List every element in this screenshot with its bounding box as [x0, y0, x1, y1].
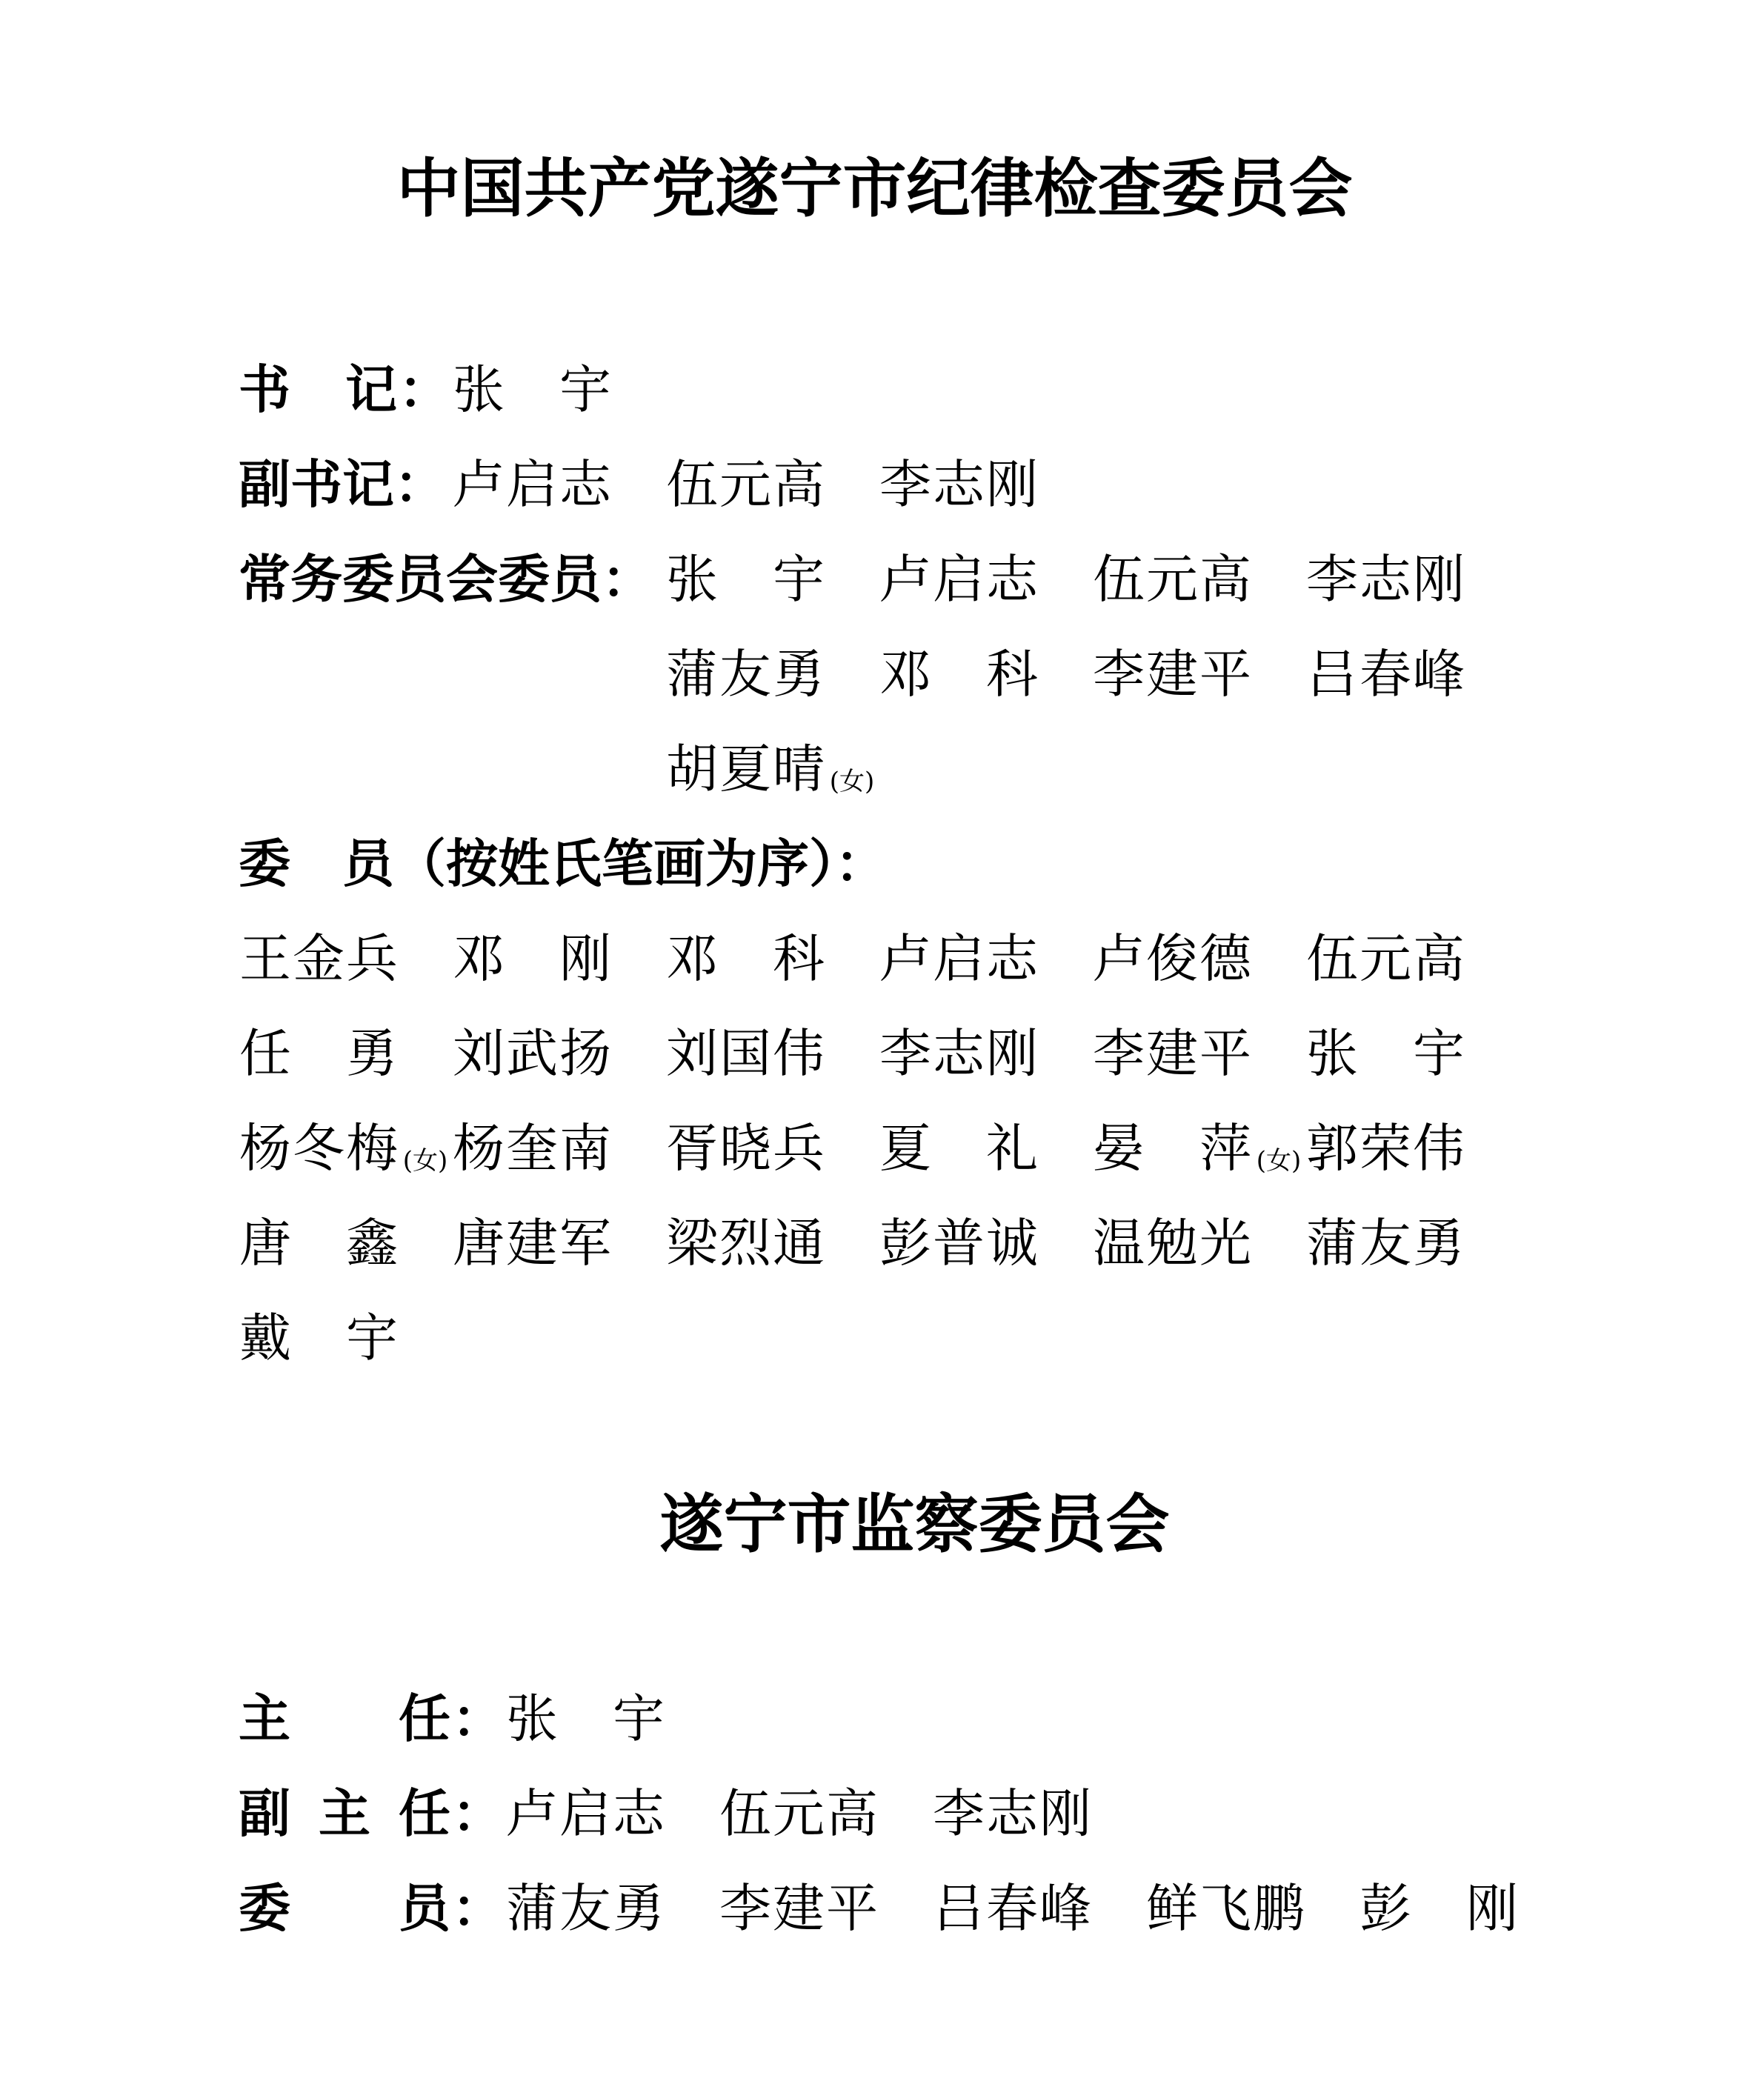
name-char: 伍 [1305, 929, 1359, 988]
name-char: 卢 [1092, 929, 1145, 988]
name-char: 金 [292, 929, 345, 988]
director-label-char: 主 [239, 1689, 290, 1748]
person-name: 伍元高 [719, 1784, 879, 1843]
name-char: 志 [985, 1784, 1039, 1843]
name-char: 刘 [452, 1024, 505, 1083]
supervision-members-label-char: 员 [399, 1879, 450, 1938]
name-char: 蒲 [1305, 1214, 1359, 1273]
person-name: 邓科 [665, 929, 825, 988]
person-name: 温勉光 [1092, 1214, 1252, 1273]
name-char: 勉 [1145, 1214, 1199, 1273]
deputy-directors-label-char: 主 [319, 1784, 370, 1843]
person-name: 戴宇 [239, 1308, 399, 1368]
name-char: 鲜 [1145, 1879, 1199, 1938]
name-char: 志 [932, 1024, 985, 1083]
name-char: 李 [879, 1024, 932, 1083]
person-name: 蒲友勇 [665, 645, 825, 704]
name-char: 卢 [452, 455, 505, 514]
name-char: 卢 [505, 1784, 559, 1843]
person-name: 彭普诚 [879, 1214, 1039, 1273]
name-char: 元 [1359, 929, 1412, 988]
name-char: 高 [825, 1784, 879, 1843]
name-char: 兵 [345, 929, 399, 988]
name-char: 梅 [345, 1119, 399, 1178]
name-char: 元 [719, 455, 772, 514]
name-char: 吕 [1305, 645, 1359, 704]
name-char: 蒲 [665, 645, 719, 704]
name-char: 伍 [665, 455, 719, 514]
name-char: 奎 [505, 1119, 559, 1178]
name-char: 平 [825, 1879, 879, 1938]
person-name: 鲜飞鹏 [1145, 1879, 1305, 1938]
name-char: 扬 [559, 1024, 612, 1083]
name-char: 武 [505, 1024, 559, 1083]
name-char: 邓 [452, 929, 505, 988]
name-char: 志 [559, 455, 612, 514]
name-char: 温 [1092, 1214, 1145, 1273]
name-char: 彭 [1359, 1879, 1412, 1938]
deputy-directors-label-char: 副 [239, 1784, 290, 1843]
person-name: 夏礼 [879, 1119, 1039, 1178]
name-char: 建 [505, 1214, 559, 1273]
name-char: 高 [1412, 929, 1465, 988]
name-char: 刚 [1412, 550, 1465, 609]
name-char: 胡 [665, 739, 719, 799]
supervision-members-label-colon: ： [452, 1879, 504, 1938]
person-name: 张宇 [505, 1689, 665, 1748]
name-char: 德 [1199, 929, 1252, 988]
director-label-char: 任 [399, 1689, 450, 1748]
person-name: 梁烈通 [665, 1214, 825, 1273]
person-name: 蒲友勇 [505, 1879, 665, 1938]
name-char: 峰 [1412, 645, 1465, 704]
secretary-label-char: 书 [239, 360, 290, 419]
person-name: 张宇 [452, 360, 612, 419]
document-page: 中国共产党遂宁市纪律检查委员会 书 记 ： 张宇 副书记： 卢启志 伍元高 李志… [0, 0, 1764, 2084]
person-name: 蒲友勇 [1305, 1214, 1465, 1273]
name-char: 蒲 [505, 1879, 559, 1938]
name-char: 通 [772, 1214, 825, 1273]
person-name: 彭刚 [1359, 1879, 1519, 1938]
name-char: 诚 [985, 1214, 1039, 1273]
person-name: 王金兵 [239, 929, 399, 988]
name-char: 夏 [879, 1119, 932, 1178]
name-char: 邓 [665, 929, 719, 988]
person-name: 李志刚 [932, 1784, 1092, 1843]
person-name: 刘武扬 [452, 1024, 612, 1083]
name-char: 晓 [719, 1119, 772, 1178]
person-name: 李志刚 [879, 1024, 1039, 1083]
name-char: 郭 [1305, 1119, 1359, 1178]
name-char: 卢 [879, 550, 932, 609]
members-heading: 委 员（按姓氏笔画为序）： [239, 834, 887, 893]
name-char: 刚 [1465, 1879, 1519, 1938]
person-name: 李志刚 [1305, 550, 1465, 609]
name-char: 萍 [1199, 1119, 1252, 1178]
person-name: 卢启志 [879, 550, 1039, 609]
name-char: 烈 [719, 1214, 772, 1273]
name-char: 志 [1359, 550, 1412, 609]
name-char: 戴 [239, 1308, 292, 1368]
supervision-members-label-char: 委 [239, 1879, 290, 1938]
name-char: 友 [559, 1879, 612, 1938]
person-name: 伍元高 [1305, 929, 1465, 988]
person-name: 吕春峰 [932, 1879, 1092, 1938]
person-name: 伍元高 [1092, 550, 1252, 609]
person-name: 任勇 [239, 1024, 399, 1083]
name-char: 刘 [665, 1024, 719, 1083]
person-name: 唐鑫 [239, 1214, 399, 1273]
name-char: 启 [505, 455, 559, 514]
commission-title: 中国共产党遂宁市纪律检查委员会 [0, 152, 1757, 226]
name-char: 伟 [772, 1024, 825, 1083]
name-char: 梁 [665, 1214, 719, 1273]
name-char: 春 [1359, 645, 1412, 704]
person-name: 李建平 [719, 1879, 879, 1938]
person-name: 吕春峰 [1305, 645, 1465, 704]
secretary-label-colon: ： [399, 360, 450, 419]
name-char: 李 [879, 455, 932, 514]
person-name: 卢启志 [452, 455, 612, 514]
name-char: 志 [985, 550, 1039, 609]
person-name: 李志刚 [879, 455, 1039, 514]
name-char: 宇 [345, 1308, 399, 1368]
person-name: 邓科 [879, 645, 1039, 704]
name-char: 冬 [292, 1119, 345, 1178]
name-char: 鑫 [345, 1214, 399, 1273]
name-char: 勇 [345, 1024, 399, 1083]
name-char: 勇 [1412, 1214, 1465, 1273]
name-char: 晴 [772, 739, 825, 799]
deputy-directors-label-char: 任 [399, 1784, 450, 1843]
person-name: 张宇 [1305, 1024, 1465, 1083]
name-char: 刚 [559, 929, 612, 988]
name-char: 南 [559, 1119, 612, 1178]
name-char: 刚 [985, 1024, 1039, 1083]
name-char: 科 [772, 929, 825, 988]
standing-committee-label: 常务委员会委员： [239, 550, 653, 609]
name-char: 李 [1305, 550, 1359, 609]
name-char: 宇 [772, 550, 825, 609]
person-name: 李建平 [1092, 645, 1252, 704]
name-char: 光 [1199, 1214, 1252, 1273]
name-char: 元 [1145, 550, 1199, 609]
name-char: 胥 [665, 1119, 719, 1178]
name-char: 夏 [719, 739, 772, 799]
name-char: 峰 [1039, 1879, 1092, 1938]
person-name: 张宇 [665, 550, 825, 609]
name-char: 普 [932, 1214, 985, 1273]
person-name: 刘国伟 [665, 1024, 825, 1083]
secretary-label-char: 记 [345, 360, 397, 419]
name-char: 飞 [1199, 1879, 1252, 1938]
name-char: 李 [1092, 645, 1145, 704]
person-name: 胡夏晴(女) [665, 739, 825, 799]
person-name: 李建平 [1092, 1024, 1252, 1083]
name-char: 刚 [985, 455, 1039, 514]
name-char: 俊 [1145, 929, 1199, 988]
name-char: 元 [772, 1784, 825, 1843]
name-char: 任 [239, 1024, 292, 1083]
person-name: 郭荣伟 [1305, 1119, 1465, 1178]
name-char: 启 [559, 1784, 612, 1843]
name-char: 友 [719, 645, 772, 704]
name-char: 唐 [239, 1214, 292, 1273]
name-char: 王 [239, 929, 292, 988]
name-char: 友 [1359, 1214, 1412, 1273]
name-char: 伟 [1412, 1119, 1465, 1178]
director-label-colon: ： [452, 1689, 504, 1748]
name-char: 春 [985, 1879, 1039, 1938]
female-marker: (女) [825, 765, 879, 799]
person-name: 胥晓兵 [665, 1119, 825, 1178]
name-char: 刚 [1039, 1784, 1092, 1843]
name-char: 彭 [879, 1214, 932, 1273]
female-marker: (女) [399, 1144, 452, 1178]
name-char: 军 [559, 1214, 612, 1273]
name-char: 志 [932, 455, 985, 514]
name-char: 张 [505, 1689, 559, 1748]
name-char: 启 [932, 929, 985, 988]
name-char: 高 [1199, 550, 1252, 609]
name-char: 李 [1092, 1024, 1145, 1083]
name-char: 杨 [239, 1119, 292, 1178]
name-char: 高 [772, 455, 825, 514]
person-name: 伍元高 [665, 455, 825, 514]
name-char: 唐 [452, 1214, 505, 1273]
person-name: 杨冬梅(女) [239, 1119, 399, 1178]
name-char: 卢 [879, 929, 932, 988]
name-char: 志 [612, 1784, 665, 1843]
name-char: 伍 [719, 1784, 772, 1843]
name-char: 平 [1199, 645, 1252, 704]
name-char: 荣 [1359, 1119, 1412, 1178]
female-marker: (女) [1252, 1144, 1305, 1178]
name-char: 建 [1145, 1024, 1199, 1083]
name-char: 张 [452, 360, 505, 419]
name-char: 杨 [452, 1119, 505, 1178]
name-char: 邓 [879, 645, 932, 704]
deputy-directors-label-colon: ： [452, 1784, 504, 1843]
supervision-title: 遂宁市监察委员会 [33, 1488, 1764, 1562]
name-char: 建 [772, 1879, 825, 1938]
person-name: 杨奎南 [452, 1119, 612, 1178]
name-char: 张 [665, 550, 719, 609]
person-name: 卢启志 [505, 1784, 665, 1843]
name-char: 勇 [772, 645, 825, 704]
person-name: 唐建军 [452, 1214, 612, 1273]
name-char: 李 [719, 1879, 772, 1938]
person-name: 卢俊德 [1092, 929, 1252, 988]
name-char: 鹏 [1252, 1879, 1305, 1938]
name-char: 礼 [985, 1119, 1039, 1178]
name-char: 伍 [1092, 550, 1145, 609]
deputy-secretaries-label: 副书记： [239, 455, 446, 514]
name-char: 宇 [559, 360, 612, 419]
name-char: 晏 [1092, 1119, 1145, 1178]
name-char: 兵 [772, 1119, 825, 1178]
name-char: 平 [1199, 1024, 1252, 1083]
name-char: 李 [932, 1784, 985, 1843]
name-char: 宇 [612, 1689, 665, 1748]
name-char: 吕 [932, 1879, 985, 1938]
name-char: 建 [1145, 645, 1199, 704]
person-name: 晏萍(女) [1092, 1119, 1252, 1178]
name-char: 志 [985, 929, 1039, 988]
name-char: 科 [985, 645, 1039, 704]
name-char: 国 [719, 1024, 772, 1083]
name-char: 启 [932, 550, 985, 609]
person-name: 邓刚 [452, 929, 612, 988]
person-name: 卢启志 [879, 929, 1039, 988]
name-char: 勇 [612, 1879, 665, 1938]
name-char: 宇 [1412, 1024, 1465, 1083]
name-char: 张 [1305, 1024, 1359, 1083]
